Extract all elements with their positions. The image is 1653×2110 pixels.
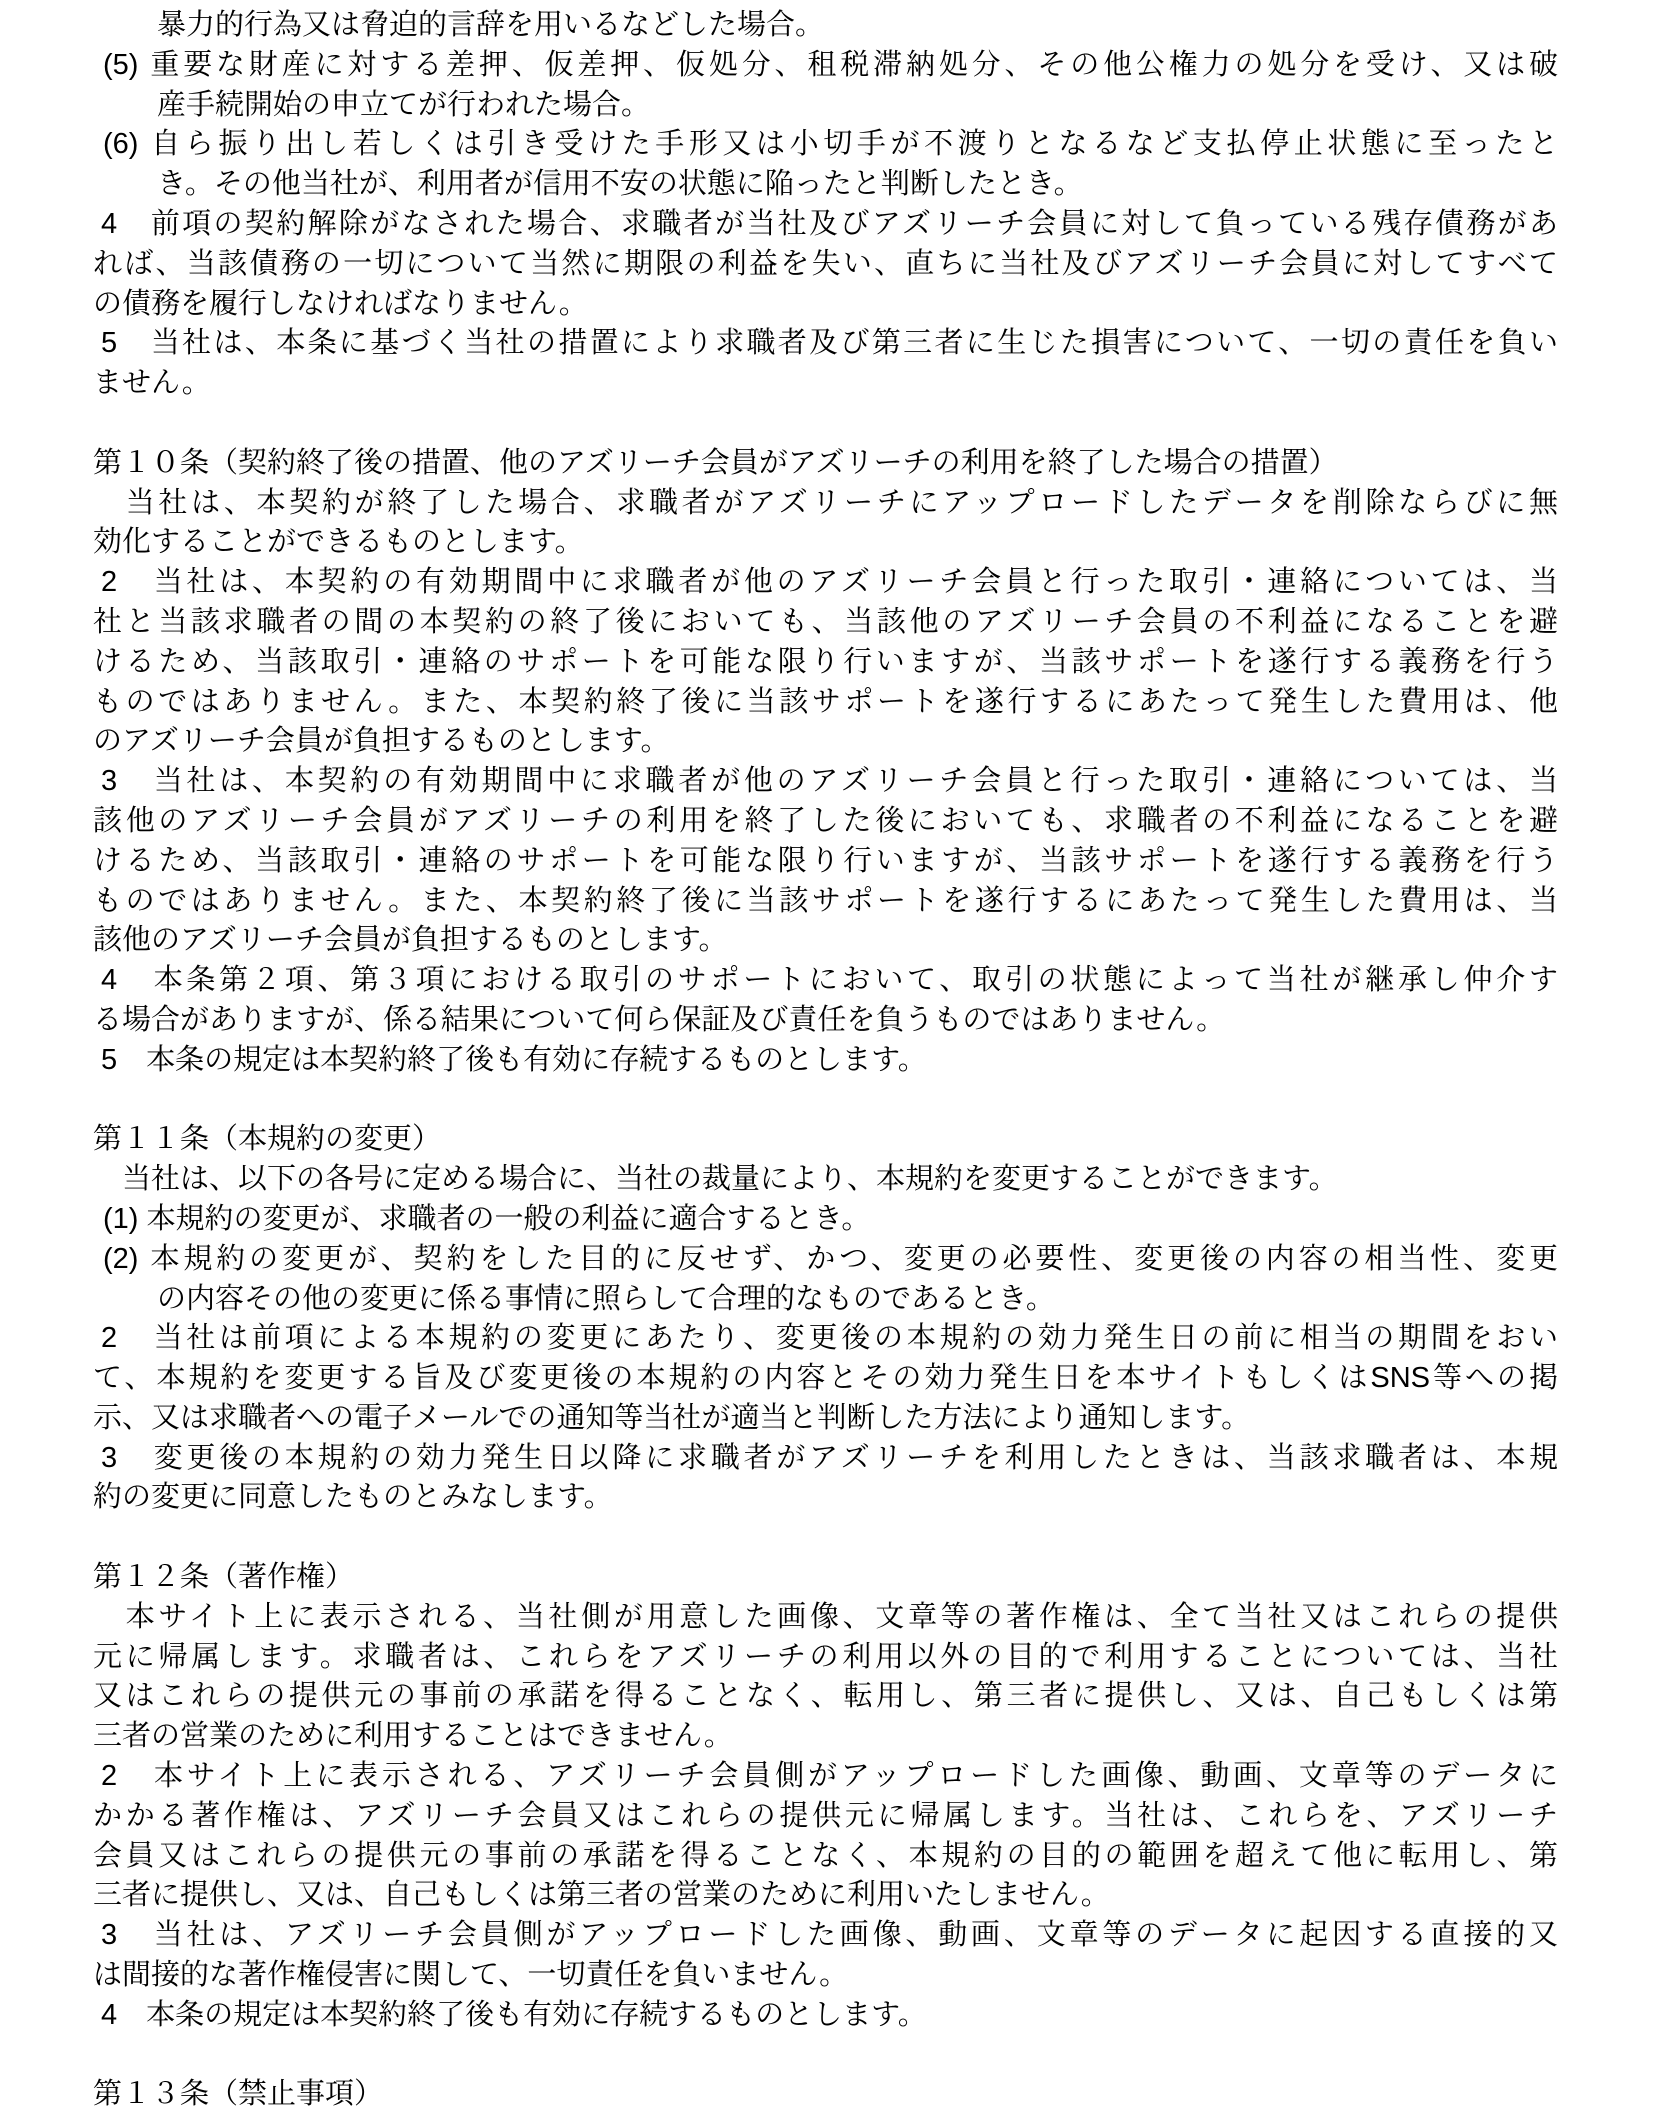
text-line: 又はこれらの提供元の事前の承諾を得ることなく、転用し、第三者に提供し、又は、自己… [93,1677,1558,1717]
text-line: (5) 重要な財産に対する差押、仮差押、仮処分、租税滞納処分、その他公権力の処分… [93,46,1558,86]
text-line: 当社は、以下の各号に定める場合に、当社の裁量により、本規約を変更することができま… [93,1160,1558,1200]
text-line: 産手続開始の申立てが行われた場合。 [93,86,1558,126]
text-line: ものではありません。また、本契約終了後に当該サポートを遂行するにあたって発生した… [93,683,1558,723]
text-line: き。その他当社が、利用者が信用不安の状態に陥ったと判断したとき。 [93,165,1558,205]
text-line: 3 当社は、本契約の有効期間中に求職者が他のアズリーチ会員と行った取引・連絡につ… [93,762,1558,802]
text-line: 約の変更に同意したものとみなします。 [93,1478,1558,1518]
text-line: 三者の営業のために利用することはできません。 [93,1717,1558,1757]
text-line: る場合がありますが、係る結果について何ら保証及び責任を負うものではありません。 [93,1001,1558,1041]
text-line: 5 本条の規定は本契約終了後も有効に存続するものとします。 [93,1041,1558,1081]
text-line: 5 当社は、本条に基づく当社の措置により求職者及び第三者に生じた損害について、一… [93,324,1558,364]
text-line: のアズリーチ会員が負担するものとします。 [93,722,1558,762]
text-line: 4 本条第２項、第３項における取引のサポートにおいて、取引の状態によって当社が継… [93,961,1558,1001]
text-line: ものではありません。また、本契約終了後に当該サポートを遂行するにあたって発生した… [93,882,1558,922]
text-line: けるため、当該取引・連絡のサポートを可能な限り行いますが、当該サポートを遂行する… [93,643,1558,683]
text-line: 4 本条の規定は本契約終了後も有効に存続するものとします。 [93,1996,1558,2036]
text-line: (2) 本規約の変更が、契約をした目的に反せず、かつ、変更の必要性、変更後の内容… [93,1240,1558,1280]
document-body: 暴力的行為又は脅迫的言辞を用いるなどした場合。(5) 重要な財産に対する差押、仮… [0,0,1653,2110]
text-line: 4 前項の契約解除がなされた場合、求職者が当社及びアズリーチ会員に対して負ってい… [93,205,1558,245]
text-line: 該他のアズリーチ会員がアズリーチの利用を終了した後においても、求職者の不利益にな… [93,802,1558,842]
text-line: (6) 自ら振り出し若しくは引き受けた手形又は小切手が不渡りとなるなど支払停止状… [93,125,1558,165]
text-line: かかる著作権は、アズリーチ会員又はこれらの提供元に帰属します。当社は、これらを、… [93,1797,1558,1837]
text-line: (1) 本規約の変更が、求職者の一般の利益に適合するとき。 [93,1200,1558,1240]
text-line: 三者に提供し、又は、自己もしくは第三者の営業のために利用いたしません。 [93,1876,1558,1916]
article-heading: 第１０条（契約終了後の措置、他のアズリーチ会員がアズリーチの利用を終了した場合の… [93,444,1558,484]
text-line: 暴力的行為又は脅迫的言辞を用いるなどした場合。 [93,6,1558,46]
article-heading: 第１１条（本規約の変更） [93,1120,1558,1160]
text-line: の債務を履行しなければなりません。 [93,285,1558,325]
terms-of-service-page: 暴力的行為又は脅迫的言辞を用いるなどした場合。(5) 重要な財産に対する差押、仮… [0,0,1653,2110]
text-line: れば、当該債務の一切について当然に期限の利益を失い、直ちに当社及びアズリーチ会員… [93,245,1558,285]
text-line: 社と当該求職者の間の本契約の終了後においても、当該他のアズリーチ会員の不利益にな… [93,603,1558,643]
text-line: 元に帰属します。求職者は、これらをアズリーチの利用以外の目的で利用することについ… [93,1638,1558,1678]
blank-line [93,1518,1558,1558]
text-line: 3 当社は、アズリーチ会員側がアップロードした画像、動画、文章等のデータに起因す… [93,1916,1558,1956]
article-heading: 第１２条（著作権） [93,1558,1558,1598]
text-line: 2 当社は前項による本規約の変更にあたり、変更後の本規約の効力発生日の前に相当の… [93,1319,1558,1359]
text-line: 効化することができるものとします。 [93,523,1558,563]
text-line: 本サイト上に表示される、当社側が用意した画像、文章等の著作権は、全て当社又はこれ… [93,1598,1558,1638]
text-line: 該他のアズリーチ会員が負担するものとします。 [93,921,1558,961]
text-line: 示、又は求職者への電子メールでの通知等当社が適当と判断した方法により通知します。 [93,1399,1558,1439]
article-heading: 第１３条（禁止事項） [93,2075,1558,2110]
text-line: 会員又はこれらの提供元の事前の承諾を得ることなく、本規約の目的の範囲を超えて他に… [93,1837,1558,1877]
text-line: て、本規約を変更する旨及び変更後の本規約の内容とその効力発生日を本サイトもしくは… [93,1359,1558,1399]
blank-line [93,2036,1558,2076]
text-line: ません。 [93,364,1558,404]
text-line: の内容その他の変更に係る事情に照らして合理的なものであるとき。 [93,1280,1558,1320]
text-line: 2 本サイト上に表示される、アズリーチ会員側がアップロードした画像、動画、文章等… [93,1757,1558,1797]
text-line: は間接的な著作権侵害に関して、一切責任を負いません。 [93,1956,1558,1996]
text-line: けるため、当該取引・連絡のサポートを可能な限り行いますが、当該サポートを遂行する… [93,842,1558,882]
text-line: 3 変更後の本規約の効力発生日以降に求職者がアズリーチを利用したときは、当該求職… [93,1439,1558,1479]
text-line: 2 当社は、本契約の有効期間中に求職者が他のアズリーチ会員と行った取引・連絡につ… [93,563,1558,603]
blank-line [93,404,1558,444]
text-line: 当社は、本契約が終了した場合、求職者がアズリーチにアップロードしたデータを削除な… [93,484,1558,524]
blank-line [93,1081,1558,1121]
